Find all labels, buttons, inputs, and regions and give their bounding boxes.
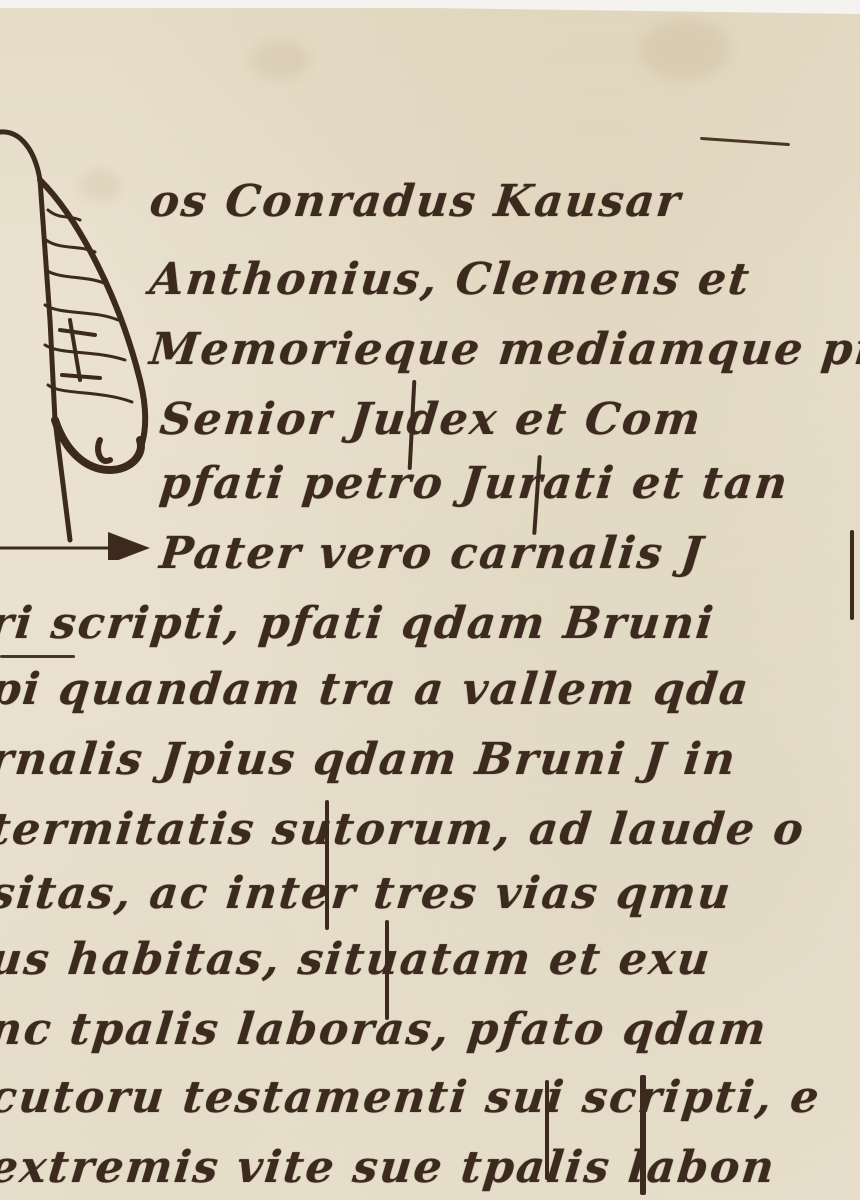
manuscript-line: Anthonius, Clemens et (148, 258, 753, 302)
manuscript-line: os Conradus Kausar (148, 180, 684, 224)
ink-stroke (850, 530, 854, 620)
manuscript-line: Pater vero carnalis J (158, 532, 707, 576)
stain (640, 20, 730, 80)
manuscript-line: rnalis Jpius qdam Bruni J in (0, 738, 739, 782)
manuscript-line: us habitas, situatam et exu (0, 938, 713, 982)
manuscript-line: termitatis sutorum, ad laude o (0, 808, 807, 852)
ink-stroke (325, 800, 329, 930)
stain (250, 40, 310, 80)
manuscript-line: pi quandam tra a vallem qda (0, 668, 752, 712)
ink-stroke (545, 1080, 549, 1180)
ink-stroke (0, 655, 75, 658)
manuscript-line: ri scripti, pfati qdam Bruni (0, 602, 717, 646)
manuscript-line: Memorieque mediamque pri (148, 328, 860, 372)
manuscript-line: pfati petro Jurati et tan (158, 462, 791, 506)
manuscript-line: extremis vite sue tpalis labon (0, 1146, 778, 1190)
manuscript-line: Senior Judex et Com (158, 398, 705, 442)
ink-stroke (385, 920, 389, 1020)
manuscript-line: sitas, ac inter tres vias qmu (0, 872, 734, 916)
manuscript-line: cutoru testamenti sui scripti, e (0, 1076, 823, 1120)
ink-stroke (640, 1075, 646, 1195)
decorated-initial-icon (0, 120, 160, 560)
